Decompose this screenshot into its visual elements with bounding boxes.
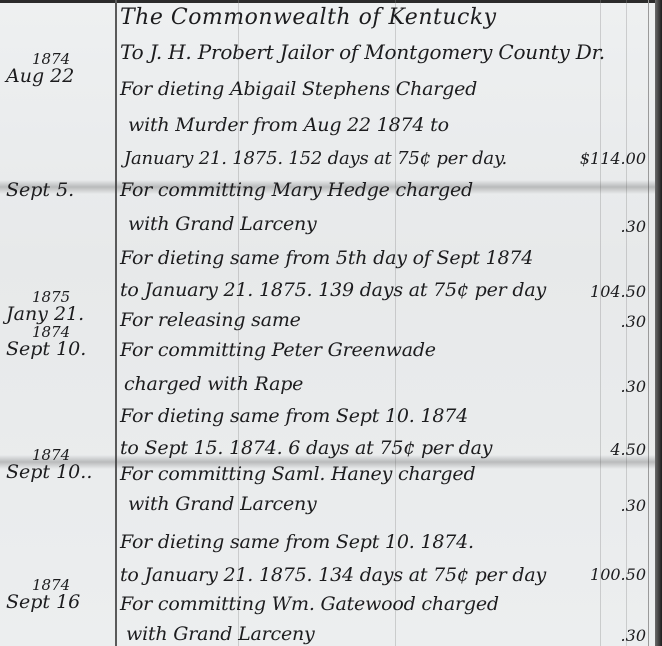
entry-amount: 104.50 (576, 280, 646, 304)
date-column-rule (115, 0, 117, 646)
entry-date: 1874 Sept 16 (6, 578, 110, 612)
entry-line: January 21. 1875. 152 days at 75¢ per da… (124, 147, 604, 171)
entry-line: For dieting Abigail Stephens Charged (120, 77, 600, 101)
entry-date: 1874 Sept 10.. (6, 448, 110, 482)
ledger-page: The Commonwealth of Kentucky To J. H. Pr… (0, 0, 662, 646)
entry-amount: .30 (576, 310, 646, 334)
entry-amount: 4.50 (576, 438, 646, 462)
page-top-edge (0, 0, 662, 3)
entry-amount: .30 (576, 375, 646, 399)
page-right-edge (655, 0, 662, 646)
amount-column-rule (648, 0, 649, 646)
entry-line: with Grand Larceny (128, 492, 608, 516)
entry-date: 1874 Sept 10. (6, 325, 110, 359)
entry-line: to Sept 15. 1874. 6 days at 75¢ per day (120, 436, 600, 460)
entry-amount: .30 (576, 494, 646, 518)
entry-day: Aug 22 (6, 65, 74, 87)
entry-day: Sept 10. (6, 338, 86, 360)
entry-day: Sept 10.. (6, 461, 92, 483)
entry-date: 1874 Aug 22 (6, 52, 110, 86)
entry-year: 1874 (6, 52, 110, 66)
entry-line: For dieting same from 5th day of Sept 18… (120, 246, 600, 270)
entry-year: 1874 (6, 578, 110, 592)
entry-line: with Grand Larceny (128, 212, 608, 236)
entry-line: with Grand Larceny (126, 622, 606, 646)
entry-day: Sept 5. (6, 179, 74, 201)
entry-year: 1875 (6, 290, 110, 304)
entry-amount: .30 (576, 215, 646, 239)
entry-date: 1875 Jany 21. (6, 290, 110, 324)
entry-line: For dieting same from Sept 10. 1874. (120, 530, 600, 554)
entry-line: For committing Mary Hedge charged (120, 178, 600, 202)
ledger-subheading: To J. H. Probert Jailor of Montgomery Co… (120, 40, 600, 64)
entry-line: For committing Peter Greenwade (120, 338, 600, 362)
entry-line: with Murder from Aug 22 1874 to (128, 113, 608, 137)
entry-amount: $114.00 (576, 147, 646, 171)
entry-line: to January 21. 1875. 139 days at 75¢ per… (120, 278, 600, 302)
entry-line: charged with Rape (124, 372, 604, 396)
entry-year: 1874 (6, 325, 110, 339)
entry-amount: 100.50 (576, 563, 646, 587)
entry-line: For releasing same (120, 308, 600, 332)
entry-line: to January 21. 1875. 134 days at 75¢ per… (120, 563, 600, 587)
entry-date: Sept 5. (6, 180, 110, 200)
entry-line: For dieting same from Sept 10. 1874 (120, 404, 600, 428)
entry-line: For committing Saml. Haney charged (120, 462, 600, 486)
entry-day: Sept 16 (6, 591, 80, 613)
entry-year: 1874 (6, 448, 110, 462)
entry-day: Jany 21. (6, 303, 84, 325)
entry-amount: .30 (576, 624, 646, 646)
ledger-heading: The Commonwealth of Kentucky (120, 6, 600, 30)
entry-line: For committing Wm. Gatewood charged (120, 592, 600, 616)
